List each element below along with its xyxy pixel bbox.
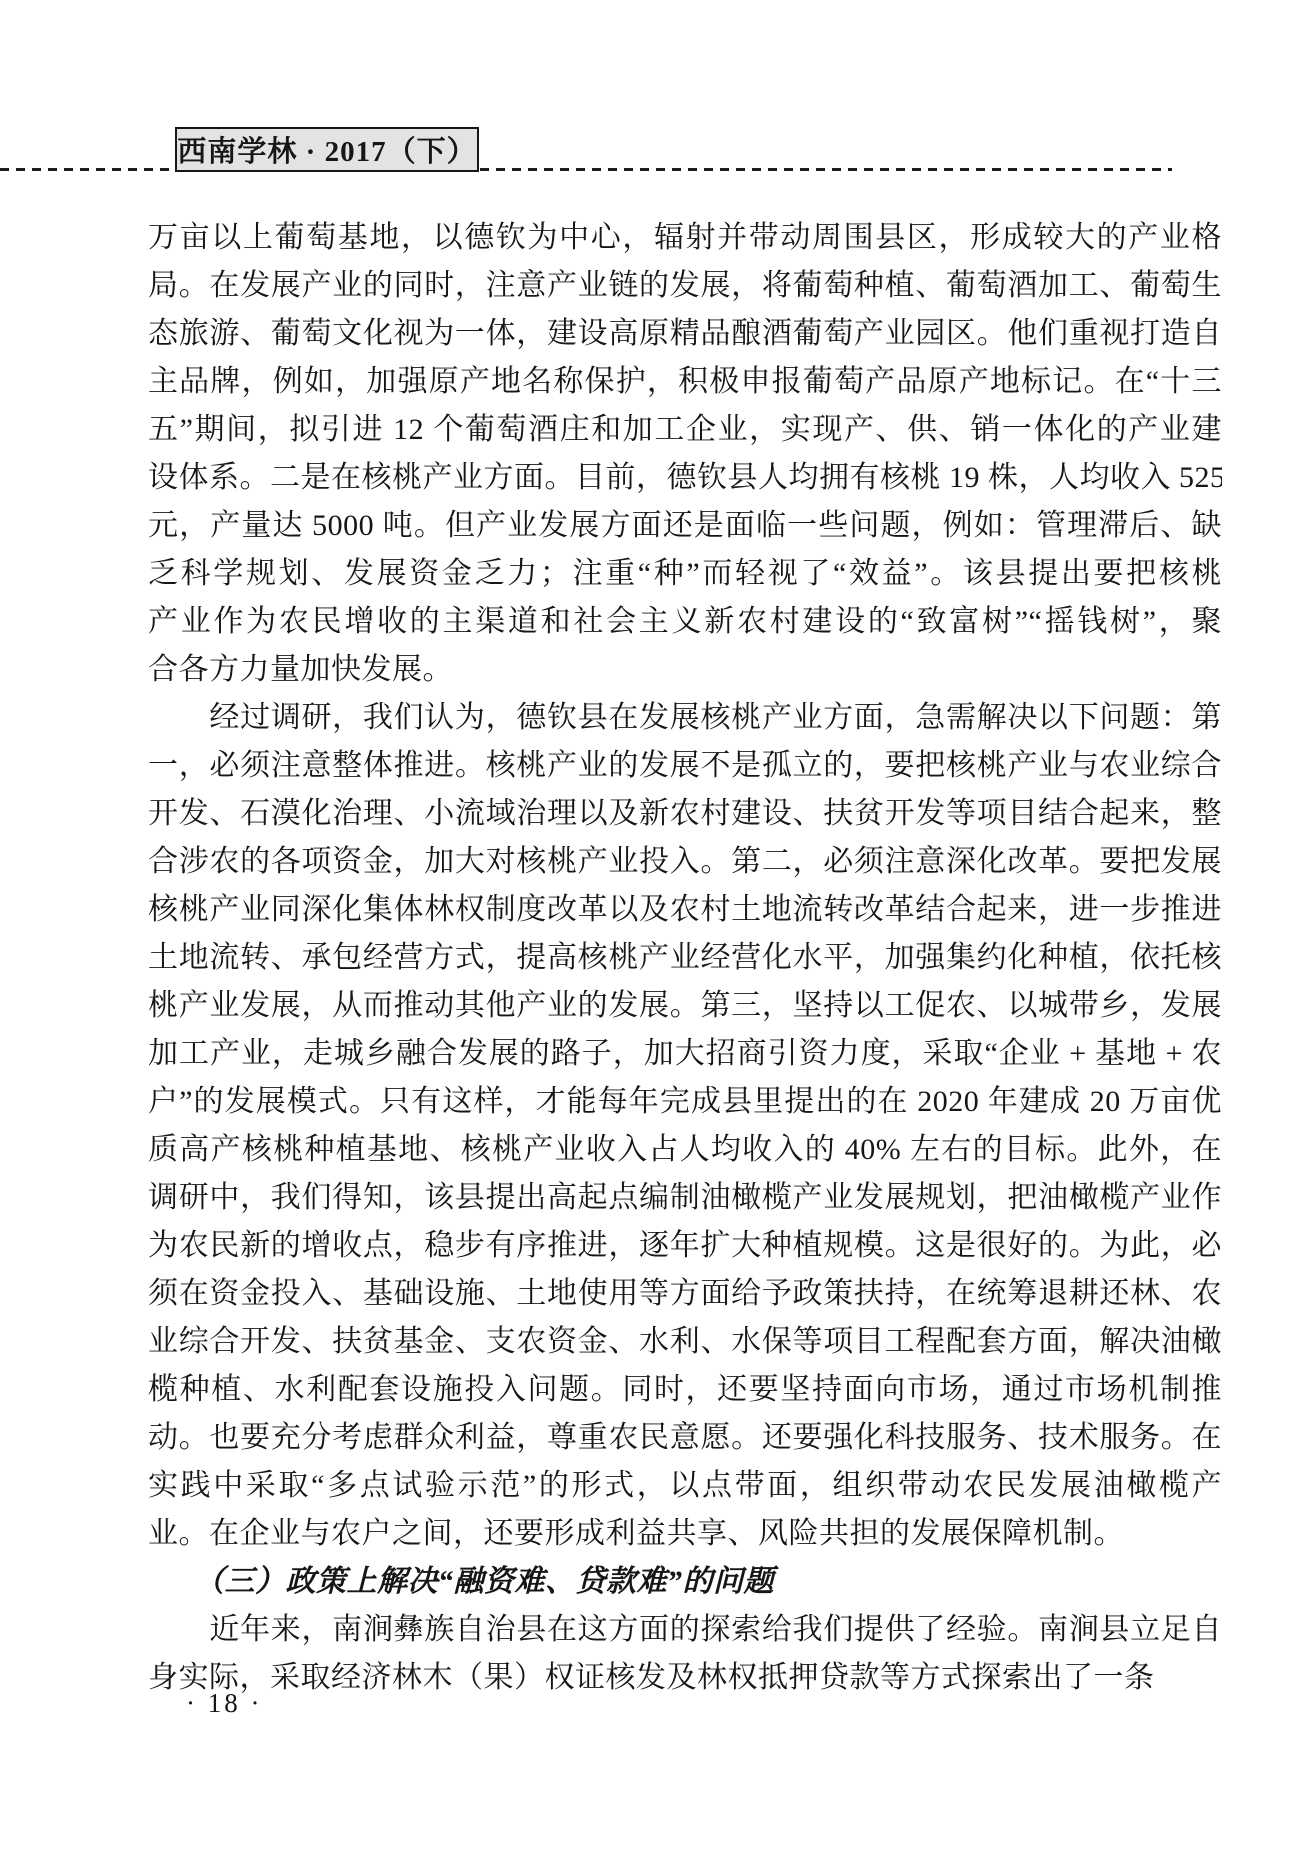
- text-line: 业综合开发、扶贫基金、支农资金、水利、水保等项目工程配套方面，解决油橄: [148, 1318, 1222, 1366]
- text-line: 动。也要充分考虑群众利益，尊重农民意愿。还要强化科技服务、技术服务。在: [148, 1414, 1222, 1462]
- text-line: 桃产业发展，从而推动其他产业的发展。第三，坚持以工促农、以城带乡，发展: [148, 982, 1222, 1030]
- paragraph-research-recommendations: 经过调研，我们认为，德钦县在发展核桃产业方面，急需解决以下问题：第一，必须注意整…: [148, 694, 1222, 1558]
- text-line: 业。在企业与农户之间，还要形成利益共享、风险共担的发展保障机制。: [148, 1510, 1222, 1558]
- text-line: 榄种植、水利配套设施投入问题。同时，还要坚持面向市场，通过市场机制推: [148, 1366, 1222, 1414]
- text-line: 身实际，采取经济林木（果）权证核发及林权抵押贷款等方式探索出了一条: [148, 1654, 1222, 1702]
- text-line: 元，产量达 5000 吨。但产业发展方面还是面临一些问题，例如：管理滞后、缺: [148, 502, 1222, 550]
- text-line: 土地流转、承包经营方式，提高核桃产业经营化水平，加强集约化种植，依托核: [148, 934, 1222, 982]
- paragraph-grape-walnut-industry: 万亩以上葡萄基地，以德钦为中心，辐射并带动周围县区，形成较大的产业格局。在发展产…: [148, 214, 1222, 694]
- text-line: 主品牌，例如，加强原产地名称保护，积极申报葡萄产品原产地标记。在“十三: [148, 358, 1222, 406]
- text-line: 开发、石漠化治理、小流域治理以及新农村建设、扶贫开发等项目结合起来，整: [148, 790, 1222, 838]
- page-number: · 18 ·: [186, 1688, 262, 1719]
- text-line: 近年来，南涧彝族自治县在这方面的探索给我们提供了经验。南涧县立足自: [148, 1606, 1222, 1654]
- text-line: 合涉农的各项资金，加大对核桃产业投入。第二，必须注意深化改革。要把发展: [148, 838, 1222, 886]
- text-line: 合各方力量加快发展。: [148, 646, 1222, 694]
- text-line: 户”的发展模式。只有这样，才能每年完成县里提出的在 2020 年建成 20 万亩…: [148, 1078, 1222, 1126]
- text-line: 五”期间，拟引进 12 个葡萄酒庄和加工企业，实现产、供、销一体化的产业建: [148, 406, 1222, 454]
- text-line: 为农民新的增收点，稳步有序推进，逐年扩大种植规模。这是很好的。为此，必: [148, 1222, 1222, 1270]
- text-line: 产业作为农民增收的主渠道和社会主义新农村建设的“致富树”“摇钱树”，聚: [148, 598, 1222, 646]
- text-line: 核桃产业同深化集体林权制度改革以及农村土地流转改革结合起来，进一步推进: [148, 886, 1222, 934]
- text-line: 加工产业，走城乡融合发展的路子，加大招商引资力度，采取“企业 + 基地 + 农: [148, 1030, 1222, 1078]
- header-title: 西南学林 · 2017（下）: [177, 129, 476, 170]
- text-line: 实践中采取“多点试验示范”的形式，以点带面，组织带动农民发展油橄榄产: [148, 1462, 1222, 1510]
- text-line: 万亩以上葡萄基地，以德钦为中心，辐射并带动周围县区，形成较大的产业格: [148, 214, 1222, 262]
- text-line: 须在资金投入、基础设施、土地使用等方面给予政策扶持，在统筹退耕还林、农: [148, 1270, 1222, 1318]
- header-box: 西南学林 · 2017（下）: [175, 127, 479, 172]
- text-line: 设体系。二是在核桃产业方面。目前，德钦县人均拥有核桃 19 株，人均收入 525: [148, 454, 1222, 502]
- text-line: 乏科学规划、发展资金乏力；注重“种”而轻视了“效益”。该县提出要把核桃: [148, 550, 1222, 598]
- document-body: 万亩以上葡萄基地，以德钦为中心，辐射并带动周围县区，形成较大的产业格局。在发展产…: [148, 214, 1222, 1702]
- document-page: { "header": { "title": "西南学林 · 2017（下）" …: [0, 0, 1307, 1859]
- paragraph-nanjian-experience: 近年来，南涧彝族自治县在这方面的探索给我们提供了经验。南涧县立足自身实际，采取经…: [148, 1606, 1222, 1702]
- text-line: （三）政策上解决“融资难、贷款难”的问题: [148, 1558, 1222, 1606]
- text-line: 态旅游、葡萄文化视为一体，建设高原精品酿酒葡萄产业园区。他们重视打造自: [148, 310, 1222, 358]
- text-line: 质高产核桃种植基地、核桃产业收入占人均收入的 40% 左右的目标。此外，在: [148, 1126, 1222, 1174]
- text-line: 调研中，我们得知，该县提出高起点编制油橄榄产业发展规划，把油橄榄产业作: [148, 1174, 1222, 1222]
- text-line: 经过调研，我们认为，德钦县在发展核桃产业方面，急需解决以下问题：第: [148, 694, 1222, 742]
- text-line: 局。在发展产业的同时，注意产业链的发展，将葡萄种植、葡萄酒加工、葡萄生: [148, 262, 1222, 310]
- text-line: 一，必须注意整体推进。核桃产业的发展不是孤立的，要把核桃产业与农业综合: [148, 742, 1222, 790]
- heading-section-three: （三）政策上解决“融资难、贷款难”的问题: [148, 1558, 1222, 1606]
